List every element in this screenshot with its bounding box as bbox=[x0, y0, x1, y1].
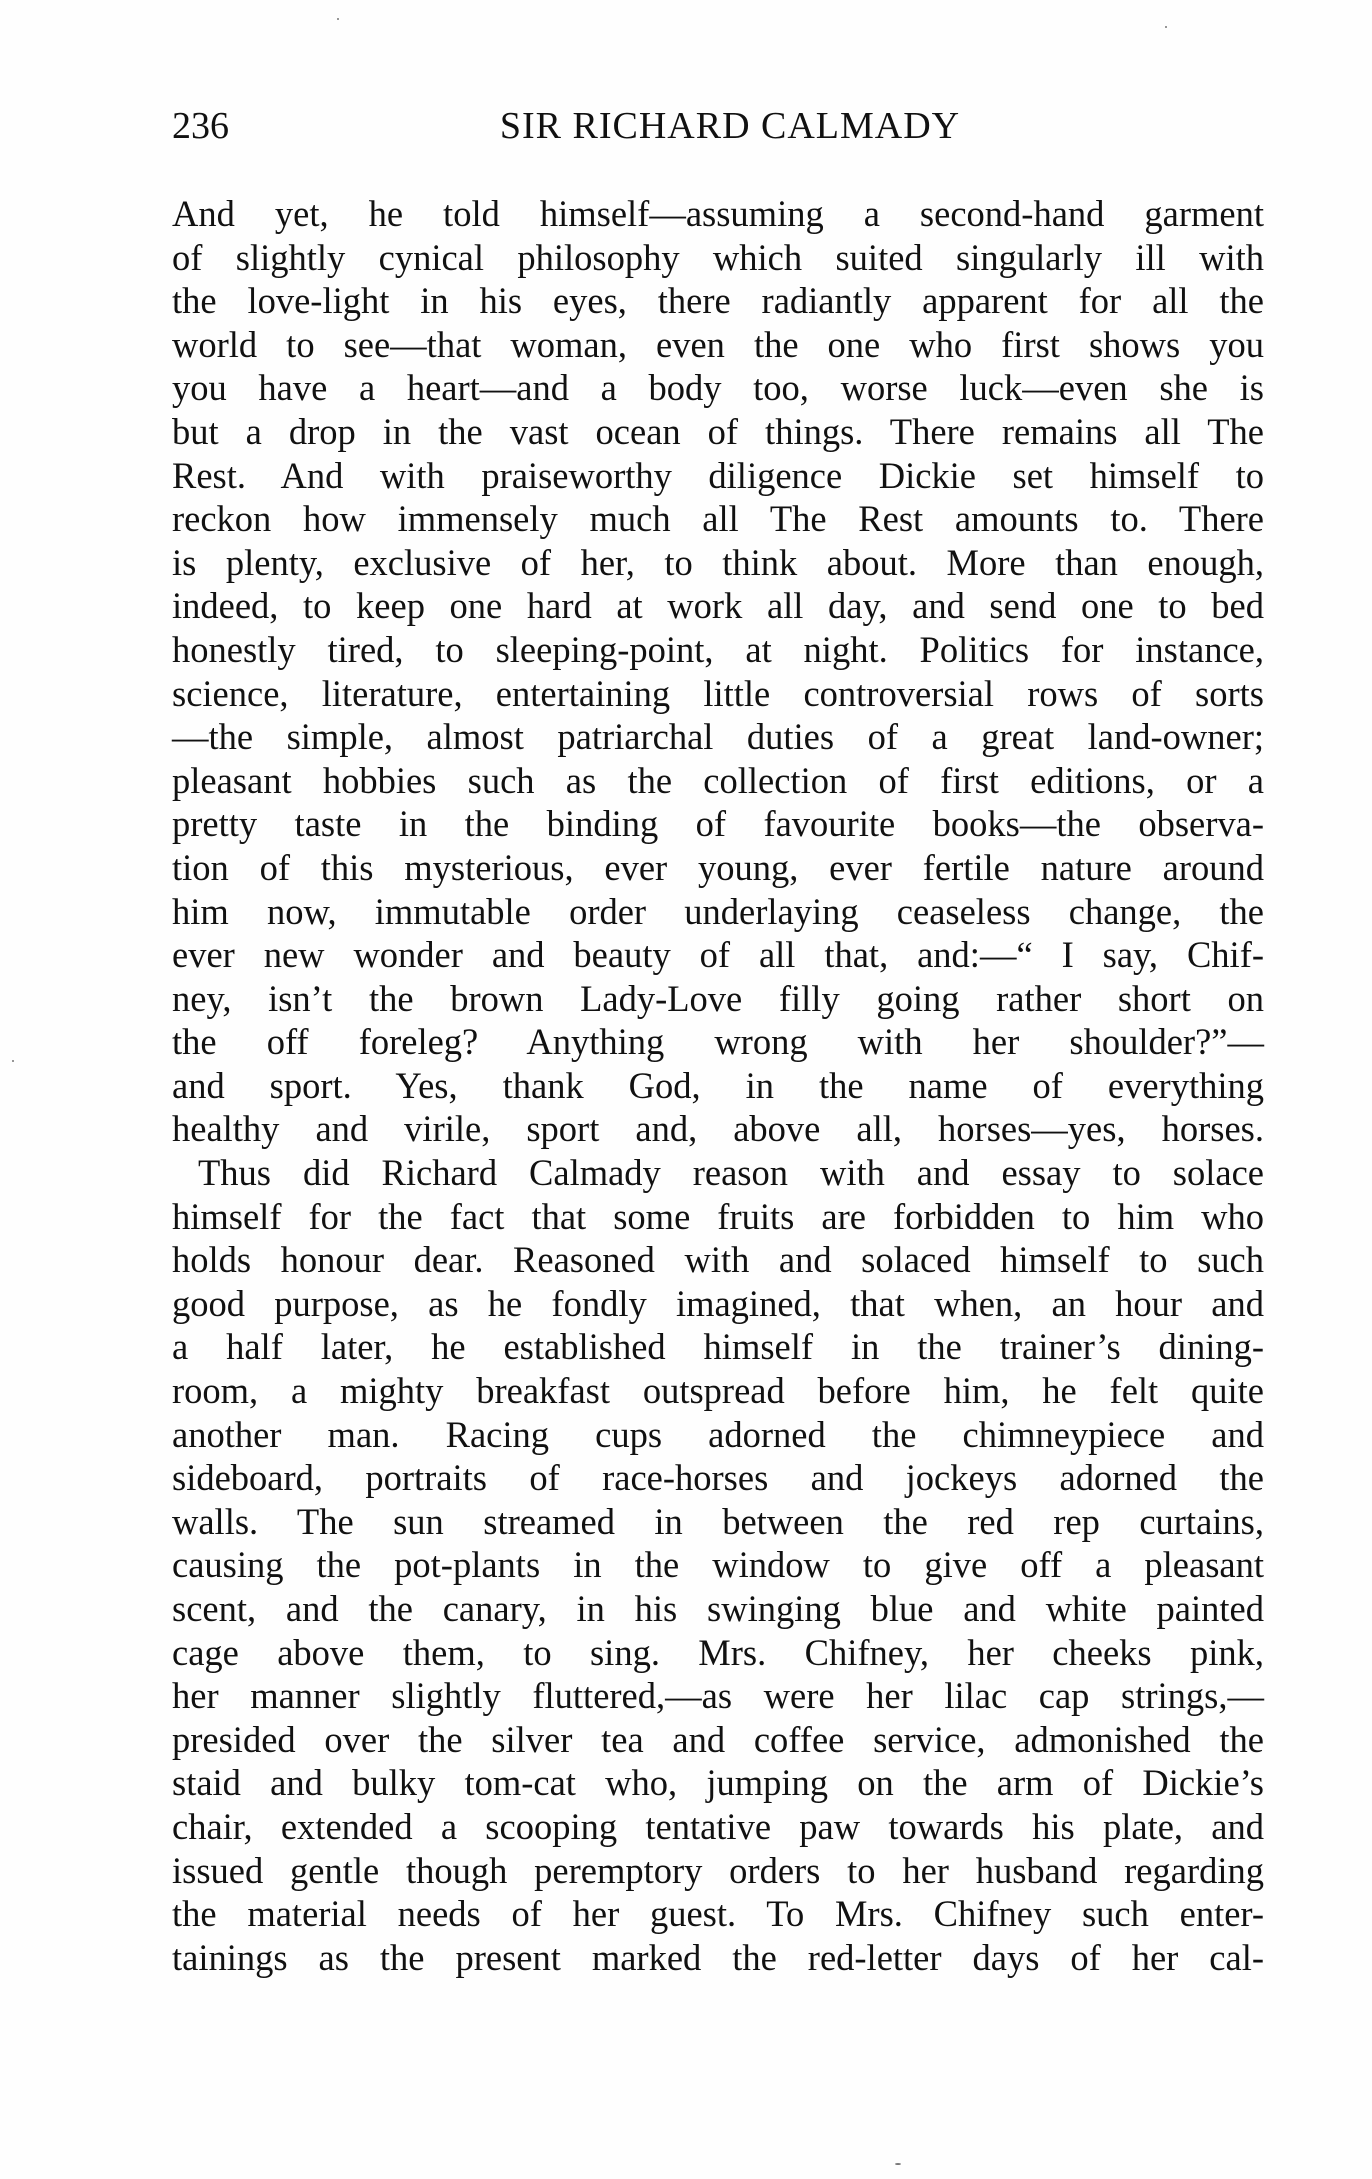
text-line: him now, immutable order underlaying cea… bbox=[172, 890, 1264, 934]
scan-speck bbox=[1165, 26, 1167, 28]
text-line: And yet, he told himself—assuming a seco… bbox=[172, 192, 1264, 236]
text-line: the love-light in his eyes, there radian… bbox=[172, 279, 1264, 323]
scan-speck bbox=[895, 2163, 901, 2165]
body-text: And yet, he told himself—assuming a seco… bbox=[172, 192, 1264, 1979]
text-line: pretty taste in the binding of favourite… bbox=[172, 802, 1264, 846]
text-line: causing the pot-plants in the window to … bbox=[172, 1543, 1264, 1587]
text-line: sideboard, portraits of race-horses and … bbox=[172, 1456, 1264, 1500]
text-line: tion of this mysterious, ever young, eve… bbox=[172, 846, 1264, 890]
text-line: scent, and the canary, in his swinging b… bbox=[172, 1587, 1264, 1631]
text-line: presided over the silver tea and coffee … bbox=[172, 1718, 1264, 1762]
text-line: you have a heart—and a body too, worse l… bbox=[172, 366, 1264, 410]
text-line: tainings as the present marked the red-l… bbox=[172, 1936, 1264, 1980]
text-line: holds honour dear. Reasoned with and sol… bbox=[172, 1238, 1264, 1282]
scan-speck bbox=[337, 18, 339, 20]
text-line: honestly tired, to sleeping-point, at ni… bbox=[172, 628, 1264, 672]
text-line: world to see—that woman, even the one wh… bbox=[172, 323, 1264, 367]
book-page: 236 SIR RICHARD CALMADY And yet, he told… bbox=[0, 0, 1372, 2179]
text-line: cage above them, to sing. Mrs. Chifney, … bbox=[172, 1631, 1264, 1675]
text-line: of slightly cynical philosophy which sui… bbox=[172, 236, 1264, 280]
text-line: walls. The sun streamed in between the r… bbox=[172, 1500, 1264, 1544]
text-line: the material needs of her guest. To Mrs.… bbox=[172, 1892, 1264, 1936]
text-line: ney, isn’t the brown Lady-Love filly goi… bbox=[172, 977, 1264, 1021]
text-line: her manner slightly fluttered,—as were h… bbox=[172, 1674, 1264, 1718]
text-line: healthy and virile, sport and, above all… bbox=[172, 1107, 1264, 1151]
text-line: staid and bulky tom-cat who, jumping on … bbox=[172, 1761, 1264, 1805]
text-line: reckon how immensely much all The Rest a… bbox=[172, 497, 1264, 541]
text-line: —the simple, almost patriarchal duties o… bbox=[172, 715, 1264, 759]
text-line: a half later, he established himself in … bbox=[172, 1325, 1264, 1369]
text-line: issued gentle though peremptory orders t… bbox=[172, 1849, 1264, 1893]
paragraph-start-line: Thus did Richard Calmady reason with and… bbox=[172, 1151, 1264, 1195]
text-line: chair, extended a scooping tentative paw… bbox=[172, 1805, 1264, 1849]
text-line: indeed, to keep one hard at work all day… bbox=[172, 584, 1264, 628]
text-line: and sport. Yes, thank God, in the name o… bbox=[172, 1064, 1264, 1108]
text-line: himself for the fact that some fruits ar… bbox=[172, 1195, 1264, 1239]
text-line: pleasant hobbies such as the collection … bbox=[172, 759, 1264, 803]
text-line: the off foreleg? Anything wrong with her… bbox=[172, 1020, 1264, 1064]
running-head: 236 SIR RICHARD CALMADY bbox=[172, 100, 1264, 152]
text-line: another man. Racing cups adorned the chi… bbox=[172, 1413, 1264, 1457]
text-line: science, literature, entertaining little… bbox=[172, 672, 1264, 716]
book-title: SIR RICHARD CALMADY bbox=[172, 100, 1264, 152]
text-line: ever new wonder and beauty of all that, … bbox=[172, 933, 1264, 977]
text-line: good purpose, as he fondly imagined, tha… bbox=[172, 1282, 1264, 1326]
text-line: room, a mighty breakfast outspread befor… bbox=[172, 1369, 1264, 1413]
text-line: but a drop in the vast ocean of things. … bbox=[172, 410, 1264, 454]
text-line: is plenty, exclusive of her, to think ab… bbox=[172, 541, 1264, 585]
scan-speck bbox=[12, 1060, 14, 1062]
text-line: Rest. And with praiseworthy diligence Di… bbox=[172, 454, 1264, 498]
